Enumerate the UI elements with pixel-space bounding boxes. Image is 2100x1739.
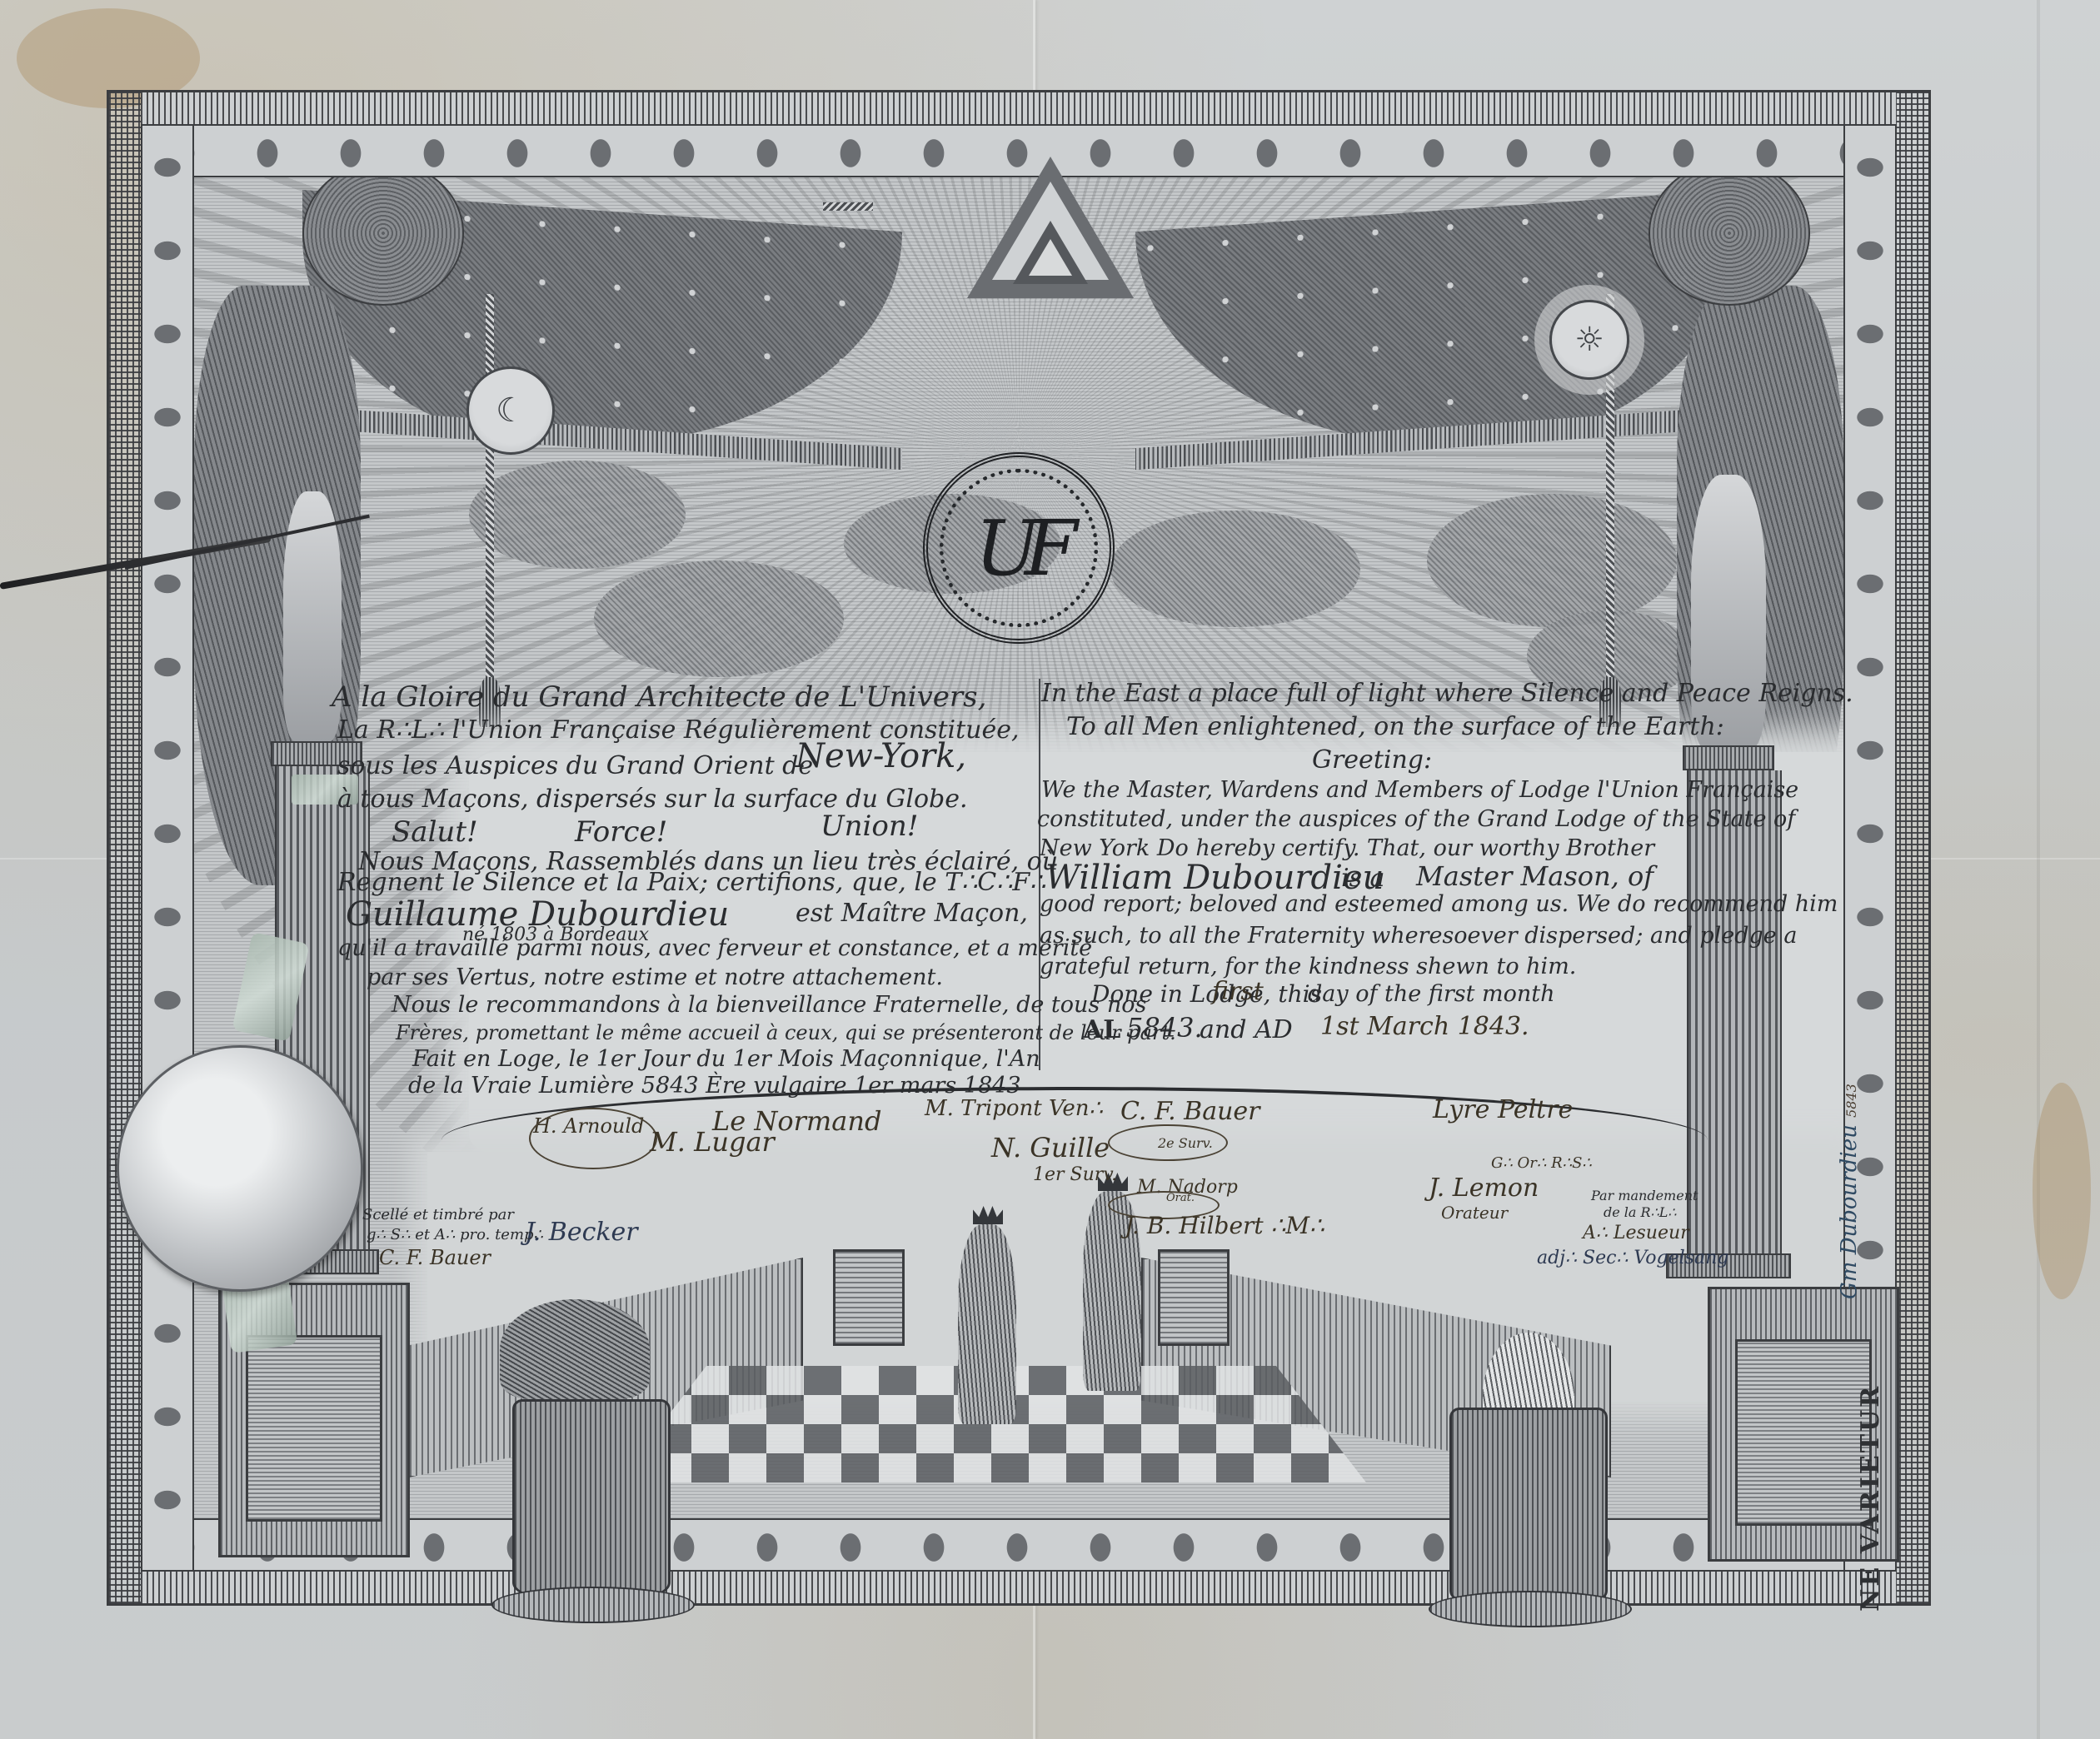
english-day-of: day of the first month — [1308, 983, 1555, 1005]
signature-lemon-title: Orateur — [1441, 1204, 1508, 1221]
signature-hilbert: J. B. Hilbert ∴M∴ — [1125, 1214, 1324, 1238]
signature-guille-title: 1er Surv. — [1033, 1166, 1117, 1184]
urn-left — [512, 1399, 671, 1599]
french-line-3: sous les Auspices du Grand Orient de — [337, 754, 813, 779]
skull-panel-icon — [833, 1249, 905, 1346]
column-right — [1687, 770, 1782, 1253]
mandate-label-1: Par mandement — [1591, 1189, 1698, 1203]
english-body2-1: good report; beloved and esteemed among … — [1040, 893, 1838, 915]
vertical-signature-sub: 5843 — [1843, 1084, 1859, 1118]
adjunct-secretary-signature: adj∴ Sec∴ Vogelsang — [1537, 1249, 1728, 1268]
signature-tripont: M. Tripont Ven∴ — [925, 1098, 1103, 1119]
french-body-2: Regnent le Silence et la Paix; certifion… — [337, 870, 1045, 895]
english-body-2: constituted, under the auspices of the G… — [1037, 808, 1795, 830]
french-salut: Salut! — [392, 818, 478, 846]
french-new-york: New-York, — [796, 740, 966, 773]
english-first-handwritten: first — [1212, 979, 1264, 1004]
pedestal-left-relief — [246, 1335, 382, 1522]
statue-right-figure — [1691, 475, 1766, 750]
door-panel-icon — [1158, 1249, 1230, 1346]
lead-seal — [117, 1045, 363, 1292]
signature-lemon: J. Lemon — [1429, 1176, 1539, 1201]
english-body-3: New York Do hereby certify. That, our wo… — [1040, 837, 1654, 860]
signature-le-normand: Le Normand — [712, 1108, 881, 1134]
signature-flourish — [1108, 1124, 1228, 1161]
vertical-signature-name: Gm Dubourdieu — [1837, 1124, 1862, 1299]
signature-lyre-title: G∴ Or∴ R∴S∴ — [1491, 1156, 1592, 1171]
cloud-icon — [469, 461, 686, 569]
cloud-icon — [594, 561, 844, 677]
signature-bauer: C. F. Bauer — [1120, 1099, 1260, 1124]
signature-flourish — [529, 1108, 657, 1169]
moon-face-icon: ☾ — [466, 366, 555, 455]
english-body2-2: as such, to all the Fraternity wheresoev… — [1040, 924, 1797, 947]
border-right-hatching — [1897, 92, 1928, 1603]
english-line-1: In the East a place full of light where … — [1041, 681, 1853, 706]
english-rank: Master Mason, of — [1416, 863, 1654, 889]
urn-left-base — [491, 1587, 695, 1623]
sun-glyph: ☼ — [1574, 321, 1604, 359]
mandate-label-2: de la R∴L∴ — [1604, 1206, 1677, 1219]
french-body2-2: par ses Vertus, notre estime et notre at… — [367, 966, 943, 989]
cloud-icon — [1427, 494, 1677, 627]
english-body2-3: grateful return, for the kindness shewn … — [1040, 955, 1576, 978]
english-brother-name: William Dubourdieu — [1045, 861, 1384, 894]
crowned-figure-left — [958, 1224, 1016, 1424]
leaf-ornament-left — [142, 126, 194, 1570]
english-line-2: To all Men enlightened, on the surface o… — [1066, 715, 1724, 740]
french-body2-1: qu'il a travaillé parmi nous, avec ferve… — [337, 937, 1092, 959]
monogram-seal: UF — [923, 452, 1115, 644]
english-and: and AD — [1200, 1018, 1293, 1043]
signature-lyre-peltre: Lyre Peltre — [1433, 1098, 1573, 1123]
french-force: Force! — [575, 818, 667, 846]
paper-fold-right — [2037, 0, 2040, 1739]
french-union: Union! — [821, 812, 918, 840]
french-line-4: à tous Maçons, dispersés sur la surface … — [337, 787, 968, 812]
cloud-icon — [1110, 511, 1360, 627]
french-body2-6: de la Vraie Lumière 5843 Ère vulgaire 1e… — [408, 1074, 1021, 1097]
english-body-1: We the Master, Wardens and Members of Lo… — [1041, 779, 1798, 801]
signature-guille: N. Guille — [991, 1134, 1110, 1161]
moon-glyph: ☾ — [496, 391, 526, 430]
border-top-hatching — [141, 92, 1897, 124]
sealed-by-label-1: Scellé et timbré par — [362, 1208, 514, 1223]
french-body2-3: Nous le recommandons à la bienveillance … — [392, 994, 1146, 1016]
sealed-by-signature: C. F. Bauer — [379, 1248, 491, 1268]
age-stain — [2033, 1083, 2091, 1299]
rope-top — [823, 202, 873, 211]
ne-varietur-label: NE VARIETUR — [1856, 1384, 1885, 1612]
french-line-1: A la Gloire du Grand Architecte de L'Uni… — [332, 683, 986, 711]
french-body2-4: Frères, promettant le même accueil à ceu… — [396, 1023, 1176, 1043]
english-ad-date: 1st March 1843. — [1320, 1014, 1529, 1039]
english-done-in-lodge: Done in Lodge, this — [1091, 983, 1322, 1006]
eagle-icon — [500, 1299, 650, 1399]
rope-left — [486, 294, 494, 685]
urn-right-base — [1429, 1591, 1632, 1627]
sealed-by-label-2: g∴ S∴ et A∴ pro. temp∴ — [367, 1228, 543, 1243]
mandate-signature-lesueur: A∴ Lesueur — [1583, 1224, 1689, 1243]
delta-triangle-inner-icon — [1013, 221, 1088, 284]
english-greeting: Greeting: — [1312, 748, 1432, 773]
french-rank: est Maître Maçon, — [796, 901, 1028, 926]
english-al-label: AL — [1083, 1018, 1121, 1043]
pedestal-right-relief — [1735, 1339, 1872, 1526]
english-al-year: 5843. — [1126, 1014, 1203, 1041]
column-capital-right — [1683, 745, 1774, 770]
temple-stairs — [566, 1478, 1466, 1653]
border-left-hatching — [109, 92, 141, 1603]
vertical-bearer-signature: Gm Dubourdieu 5843 — [1837, 1084, 1862, 1299]
monogram-letters: UF — [975, 504, 1062, 593]
urn-right — [1449, 1408, 1608, 1607]
sun-face-icon: ☼ — [1549, 300, 1629, 380]
english-is-a: is a — [1341, 866, 1384, 891]
french-body2-5: Fait en Loge, le 1er Jour du 1er Mois Ma… — [412, 1048, 1040, 1070]
